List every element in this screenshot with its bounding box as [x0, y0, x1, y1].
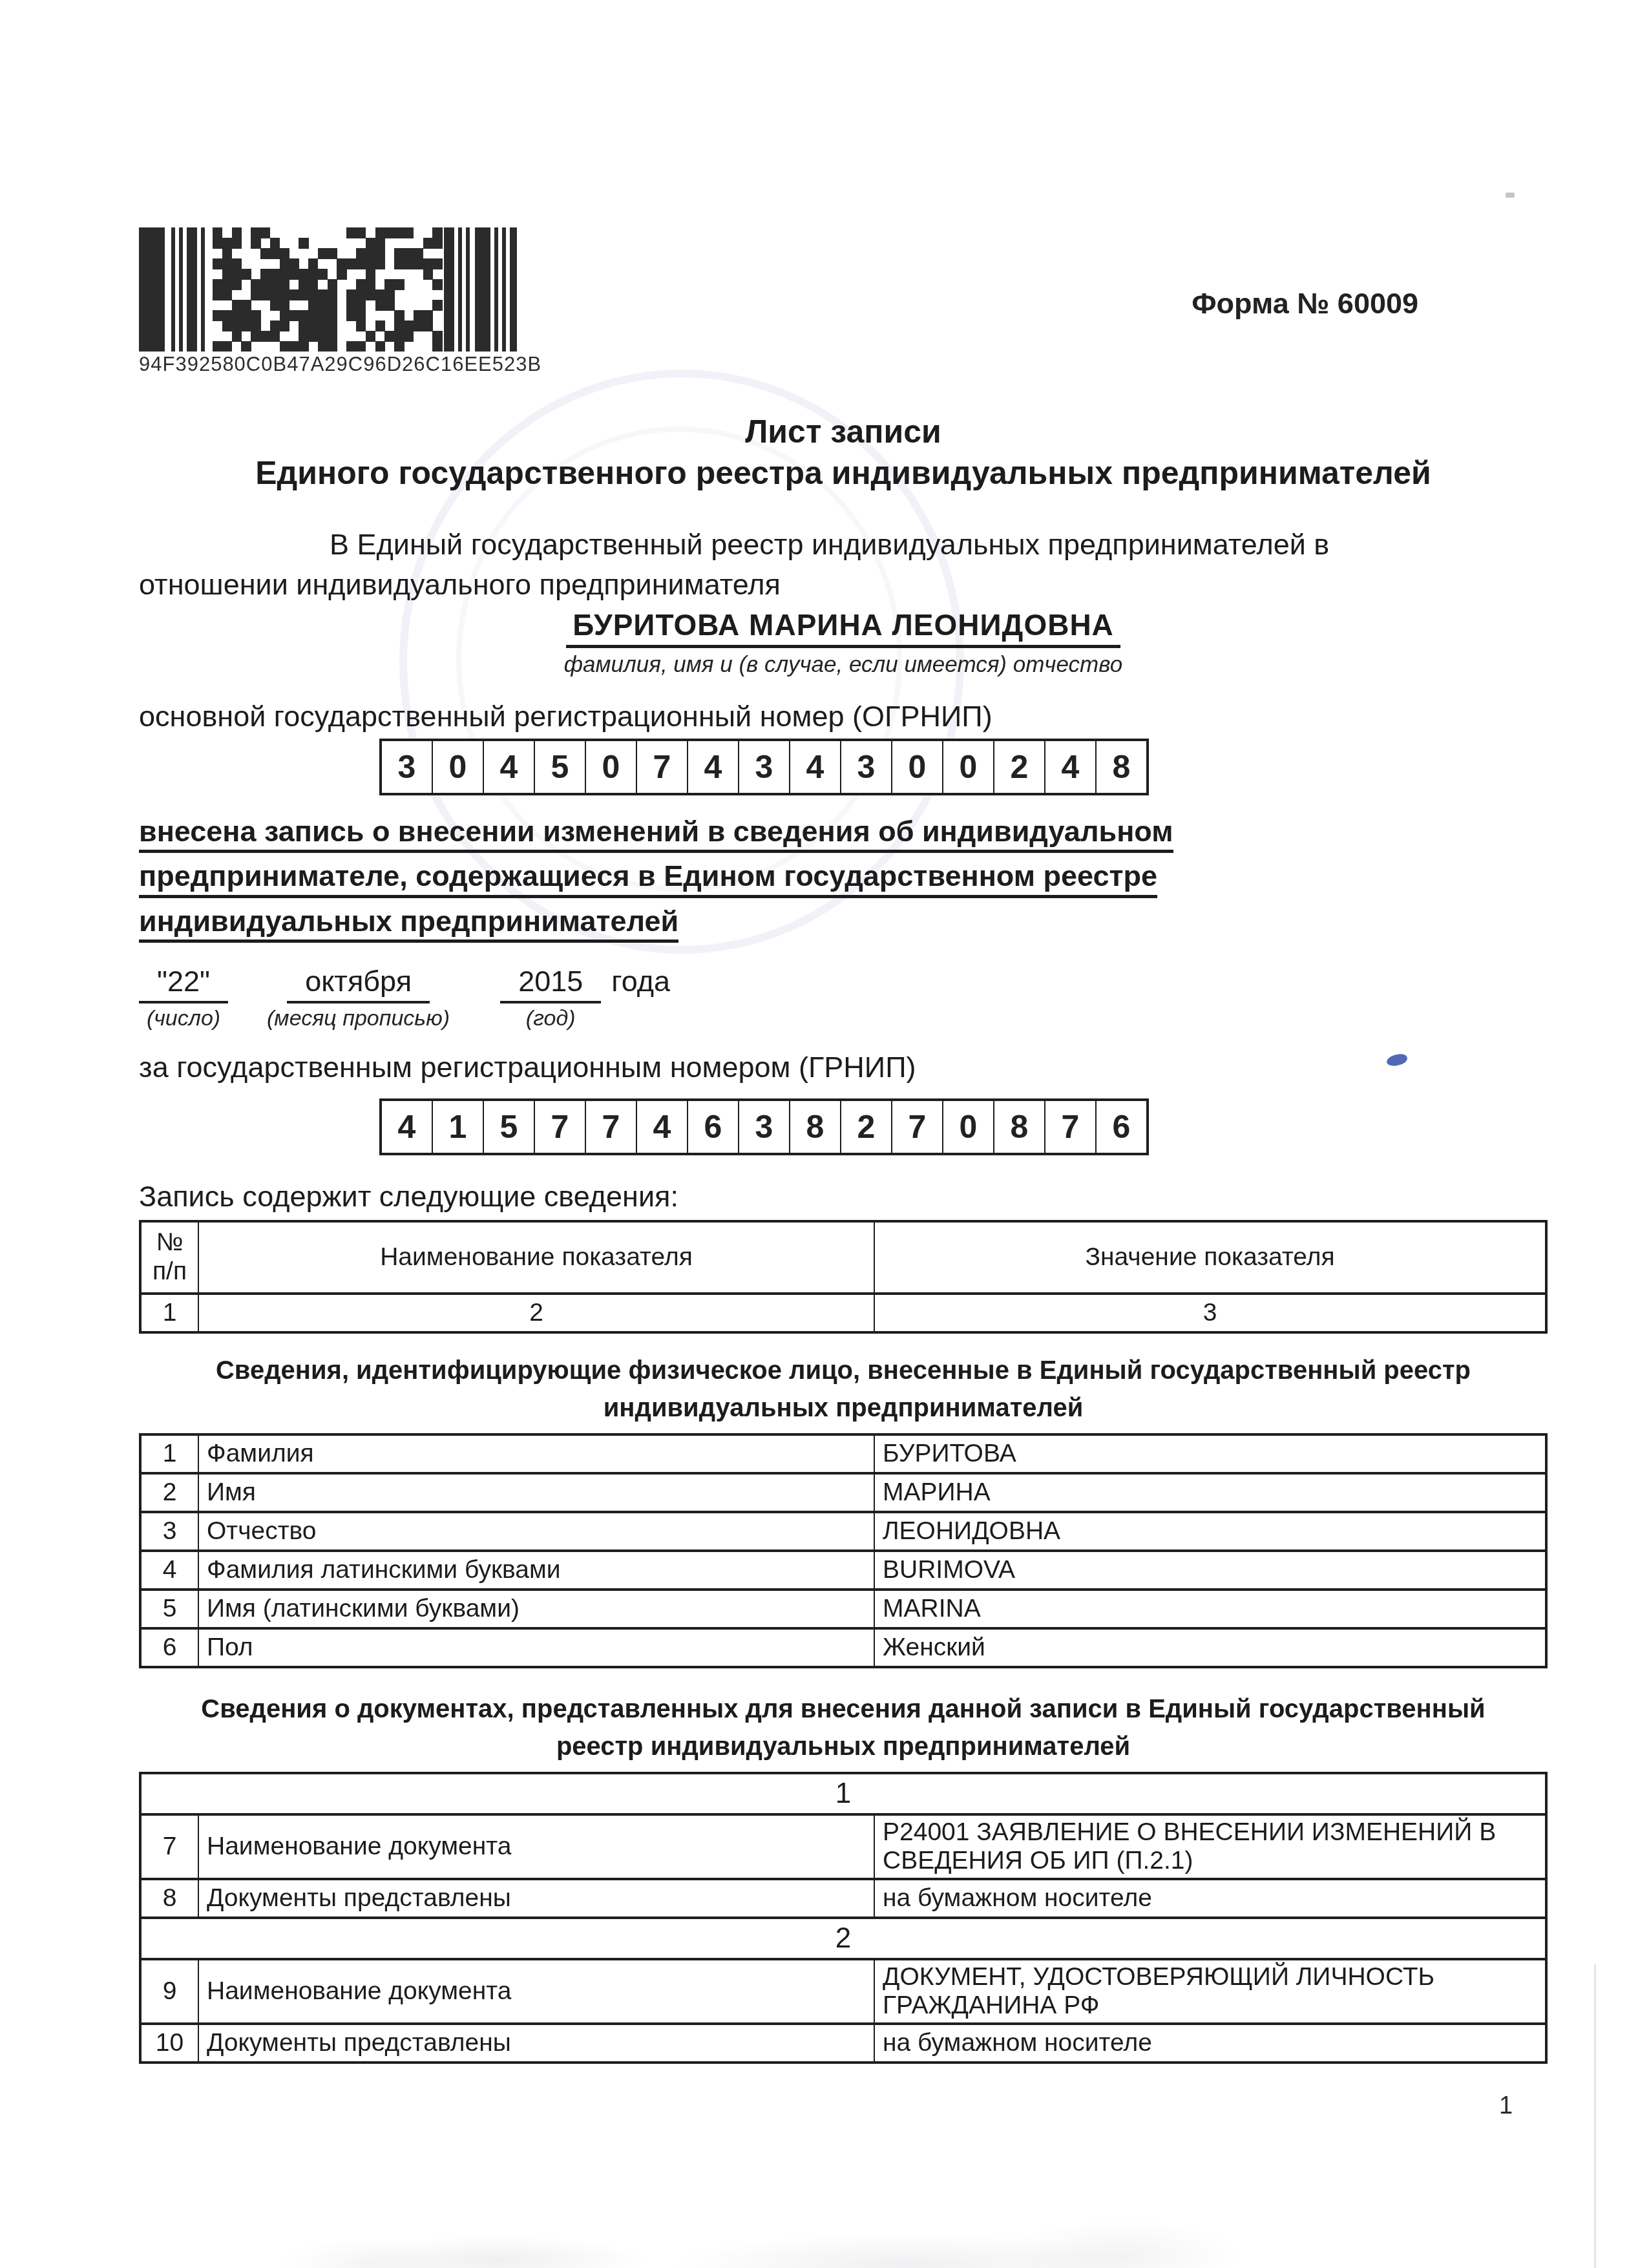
- table-row: 6 Пол Женский: [140, 1628, 1546, 1667]
- ogrnip-digit: 8: [1095, 741, 1146, 793]
- barcode-code-text: 94F392580C0B47A29C96D26C16EE523B: [139, 353, 520, 376]
- section2-table: 1 7 Наименование документа Р24001 ЗАЯВЛЕ…: [139, 1772, 1548, 2064]
- row-number: 9: [140, 1959, 198, 2024]
- ogrnip-digit: 4: [687, 741, 738, 793]
- record-statement: внесена запись о внесении изменений в св…: [139, 816, 1548, 950]
- row-name: Наименование документа: [198, 1814, 874, 1879]
- intro-line-1: В Единый государственный реестр индивиду…: [139, 525, 1548, 565]
- grnip-label: за государственным регистрационным номер…: [139, 1051, 1548, 1084]
- row-value: Женский: [874, 1628, 1546, 1667]
- date-day-value: "22": [139, 965, 228, 1003]
- form-number-label: Форма № 60009: [1192, 287, 1418, 320]
- ogrnip-digit: 3: [382, 741, 432, 793]
- grnip-digit: 2: [840, 1101, 891, 1153]
- section1-table: 1 Фамилия БУРИТОВА 2 Имя МАРИНА 3 Отчест…: [139, 1433, 1548, 1668]
- grnip-digit: 7: [585, 1101, 636, 1153]
- table-row: 4 Фамилия латинскими буквами BURIMOVA: [140, 1551, 1546, 1590]
- record-date: "22" (число) октября (месяц прописью) 20…: [139, 965, 1548, 1031]
- grnip-digit: 8: [993, 1101, 1044, 1153]
- barcode-block: 94F392580C0B47A29C96D26C16EE523B: [139, 227, 520, 376]
- header-col-name: Наименование показателя: [198, 1221, 874, 1294]
- name-caption: фамилия, имя и (в случае, если имеется) …: [139, 652, 1548, 678]
- header-num-3: 3: [874, 1294, 1546, 1332]
- date-month-value: октября: [287, 965, 430, 1003]
- document-group-label: 2: [140, 1918, 1546, 1959]
- header-num-2: 2: [198, 1294, 874, 1332]
- section1-heading-line1: Сведения, идентифицирующие физическое ли…: [139, 1352, 1548, 1389]
- ogrnip-digit: 7: [636, 741, 687, 793]
- date-year-item: 2015 (год): [500, 965, 601, 1031]
- grnip-digit: 1: [432, 1101, 483, 1153]
- grnip-digit: 7: [1044, 1101, 1095, 1153]
- row-value: ДОКУМЕНТ, УДОСТОВЕРЯЮЩИЙ ЛИЧНОСТЬ ГРАЖДА…: [874, 1959, 1546, 2024]
- document-title: Лист записи Единого государственного рее…: [139, 411, 1548, 494]
- row-name: Имя (латинскими буквами): [198, 1590, 874, 1628]
- header-col-value: Значение показателя: [874, 1221, 1546, 1294]
- grnip-digit: 3: [738, 1101, 789, 1153]
- section1-heading: Сведения, идентифицирующие физическое ли…: [139, 1352, 1548, 1427]
- row-value: MARINA: [874, 1590, 1546, 1628]
- table-row: 9 Наименование документа ДОКУМЕНТ, УДОСТ…: [140, 1959, 1546, 2024]
- row-number: 10: [140, 2024, 198, 2063]
- row-name: Документы представлены: [198, 2024, 874, 2063]
- grnip-digit: 0: [942, 1101, 993, 1153]
- row-value: на бумажном носителе: [874, 1879, 1546, 1918]
- row-value: на бумажном носителе: [874, 2024, 1546, 2063]
- ogrnip-digit: 4: [1044, 741, 1095, 793]
- row-name: Наименование документа: [198, 1959, 874, 2024]
- ogrnip-digit: 4: [483, 741, 534, 793]
- header-col-number: № п/п: [140, 1221, 198, 1294]
- row-name: Отчество: [198, 1512, 874, 1551]
- ogrnip-digit: 3: [738, 741, 789, 793]
- row-value: БУРИТОВА: [874, 1434, 1546, 1473]
- table-row: 1 Фамилия БУРИТОВА: [140, 1434, 1546, 1473]
- grnip-digit: 6: [1095, 1101, 1146, 1153]
- table-row: 5 Имя (латинскими буквами) MARINA: [140, 1590, 1546, 1628]
- section2-heading-line1: Сведения о документах, представленных дл…: [139, 1690, 1548, 1728]
- row-number: 2: [140, 1473, 198, 1512]
- intro-line-2: отношении индивидуального предпринимател…: [139, 565, 1548, 605]
- row-value: ЛЕОНИДОВНА: [874, 1512, 1546, 1551]
- entrepreneur-name: БУРИТОВА МАРИНА ЛЕОНИДОВНА: [566, 607, 1120, 648]
- section1-heading-line2: индивидуальных предпринимателей: [139, 1389, 1548, 1427]
- statement-line-2: предпринимателе, содержащиеся в Едином г…: [139, 861, 1157, 898]
- ogrnip-digit: 2: [993, 741, 1044, 793]
- row-value: МАРИНА: [874, 1473, 1546, 1512]
- row-name: Имя: [198, 1473, 874, 1512]
- document-group-row: 2: [140, 1918, 1546, 1959]
- row-number: 8: [140, 1879, 198, 1918]
- row-name: Фамилия латинскими буквами: [198, 1551, 874, 1590]
- row-name: Документы представлены: [198, 1879, 874, 1918]
- header-no-bottom: п/п: [149, 1257, 190, 1286]
- date-month-item: октября (месяц прописью): [267, 965, 450, 1031]
- header-no-top: №: [149, 1228, 190, 1257]
- grnip-digit: 5: [483, 1101, 534, 1153]
- table-row: 3 Отчество ЛЕОНИДОВНА: [140, 1512, 1546, 1551]
- ogrnip-digit: 5: [534, 741, 585, 793]
- ogrnip-digit: 0: [942, 741, 993, 793]
- entrepreneur-name-line: БУРИТОВА МАРИНА ЛЕОНИДОВНА: [139, 607, 1548, 648]
- document-content: 94F392580C0B47A29C96D26C16EE523B Форма №…: [0, 227, 1649, 2064]
- row-name: Фамилия: [198, 1434, 874, 1473]
- header-num-1: 1: [140, 1294, 198, 1332]
- statement-line-1: внесена запись о внесении изменений в св…: [139, 816, 1173, 853]
- row-value: Р24001 ЗАЯВЛЕНИЕ О ВНЕСЕНИИ ИЗМЕНЕНИЙ В …: [874, 1814, 1546, 1879]
- ogrnip-label: основной государственный регистрационный…: [139, 700, 1548, 733]
- grnip-digit: 4: [636, 1101, 687, 1153]
- title-line-2: Единого государственного реестра индивид…: [139, 452, 1548, 494]
- row-number: 6: [140, 1628, 198, 1667]
- ogrnip-digit: 0: [432, 741, 483, 793]
- document-page: 94F392580C0B47A29C96D26C16EE523B Форма №…: [0, 0, 1649, 2268]
- grnip-digit: 7: [534, 1101, 585, 1153]
- grnip-digit: 4: [382, 1101, 432, 1153]
- ogrnip-digit: 4: [789, 741, 840, 793]
- row-number: 4: [140, 1551, 198, 1590]
- table-row: 7 Наименование документа Р24001 ЗАЯВЛЕНИ…: [140, 1814, 1546, 1879]
- table-row: 10 Документы представлены на бумажном но…: [140, 2024, 1546, 2063]
- row-number: 3: [140, 1512, 198, 1551]
- title-line-1: Лист записи: [139, 411, 1548, 452]
- ogrnip-digit: 0: [891, 741, 942, 793]
- intro-paragraph: В Единый государственный реестр индивиду…: [139, 525, 1548, 605]
- table-row: 8 Документы представлены на бумажном нос…: [140, 1879, 1546, 1918]
- top-row: 94F392580C0B47A29C96D26C16EE523B Форма №…: [139, 227, 1548, 377]
- row-name: Пол: [198, 1628, 874, 1667]
- records-header-table: № п/п Наименование показателя Значение п…: [139, 1220, 1548, 1334]
- section2-heading-line2: реестр индивидуальных предпринимателей: [139, 1728, 1548, 1765]
- grnip-digit-boxes: 4 1 5 7 7 4 6 3 8 2 7 0 8 7 6: [379, 1098, 1149, 1155]
- page-number: 1: [1499, 2092, 1513, 2120]
- document-group-row: 1: [140, 1773, 1546, 1814]
- row-value: BURIMOVA: [874, 1551, 1546, 1590]
- grnip-digit: 7: [891, 1101, 942, 1153]
- date-day-caption: (число): [147, 1006, 220, 1031]
- row-number: 5: [140, 1590, 198, 1628]
- records-intro-line: Запись содержит следующие сведения:: [139, 1180, 1548, 1213]
- table-row: 2 Имя МАРИНА: [140, 1473, 1546, 1512]
- statement-line-3: индивидуальных предпринимателей: [139, 906, 678, 943]
- gray-scan-speck: [1506, 193, 1515, 198]
- ogrnip-digit: 0: [585, 741, 636, 793]
- date-month-caption: (месяц прописью): [267, 1006, 450, 1031]
- row-number: 7: [140, 1814, 198, 1879]
- row-number: 1: [140, 1434, 198, 1473]
- date-year-value: 2015: [500, 965, 601, 1003]
- ogrnip-digit: 3: [840, 741, 891, 793]
- scan-bottom-smudge: [0, 2207, 1649, 2268]
- grnip-digit: 8: [789, 1101, 840, 1153]
- grnip-digit: 6: [687, 1101, 738, 1153]
- section2-heading: Сведения о документах, представленных дл…: [139, 1690, 1548, 1765]
- barcode-image: [139, 227, 517, 352]
- ogrnip-digit-boxes: 3 0 4 5 0 7 4 3 4 3 0 0 2 4 8: [379, 739, 1149, 795]
- date-year-caption: (год): [526, 1006, 576, 1031]
- date-year-word: года: [611, 965, 670, 998]
- document-group-label: 1: [140, 1773, 1546, 1814]
- date-day-item: "22" (число): [139, 965, 228, 1031]
